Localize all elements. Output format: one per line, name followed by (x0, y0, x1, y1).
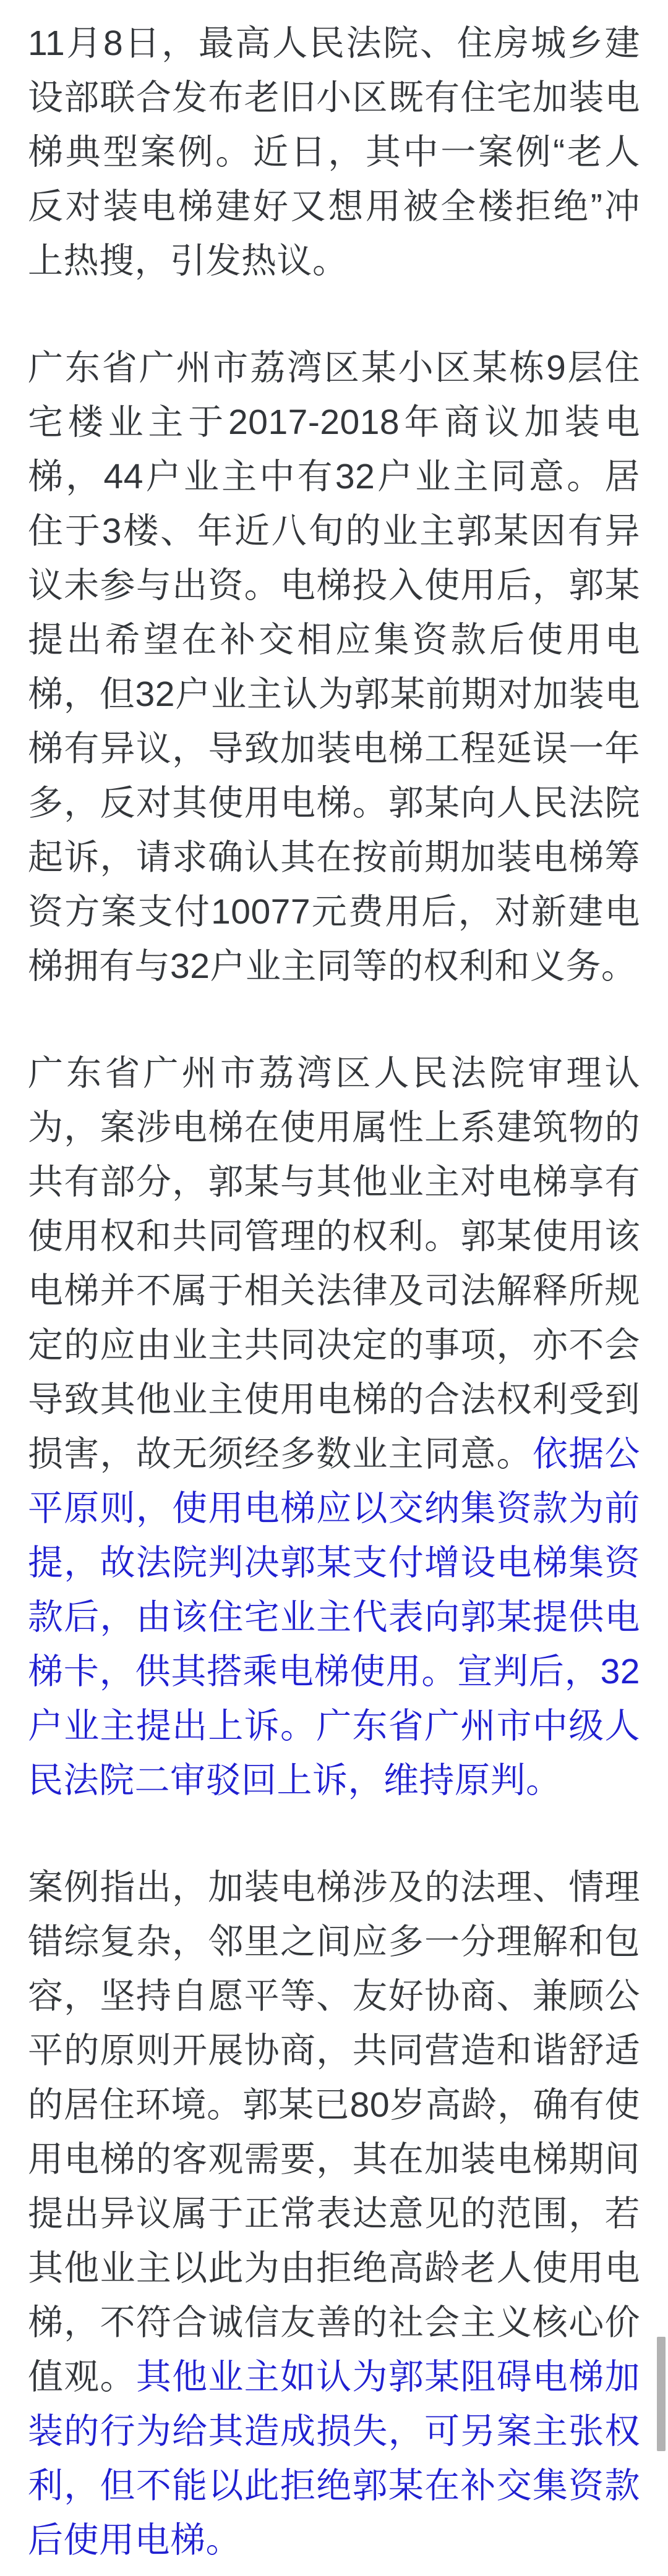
text-segment-accent: 依据公平原则，使用电梯应以交纳集资款为前提，故法院判决郭某支付增设电梯集资款后，… (28, 1434, 640, 1800)
text-segment: 广东省广州市荔湾区人民法院审理认为，案涉电梯在使用属性上系建筑物的共有部分，郭某… (28, 1053, 640, 1474)
paragraph: 广东省广州市荔湾区人民法院审理认为，案涉电梯在使用属性上系建筑物的共有部分，郭某… (28, 1046, 640, 1808)
scrollbar-thumb[interactable] (657, 2337, 666, 2451)
article-body: 11月8日，最高人民法院、住房城乡建设部联合发布老旧小区既有住宅加装电梯典型案例… (0, 0, 668, 2567)
paragraph: 案例指出，加装电梯涉及的法理、情理错综复杂，邻里之间应多一分理解和包容，坚持自愿… (28, 1860, 640, 2567)
text-segment: 案例指出，加装电梯涉及的法理、情理错综复杂，邻里之间应多一分理解和包容，坚持自愿… (28, 1868, 640, 2397)
paragraph: 11月8日，最高人民法院、住房城乡建设部联合发布老旧小区既有住宅加装电梯典型案例… (28, 16, 640, 288)
paragraph: 广东省广州市荔湾区某小区某栋9层住宅楼业主于2017-2018年商议加装电梯，4… (28, 341, 640, 993)
text-segment: 11月8日，最高人民法院、住房城乡建设部联合发布老旧小区既有住宅加装电梯典型案例… (28, 23, 640, 281)
text-segment: 广东省广州市荔湾区某小区某栋9层住宅楼业主于2017-2018年商议加装电梯，4… (28, 348, 640, 986)
